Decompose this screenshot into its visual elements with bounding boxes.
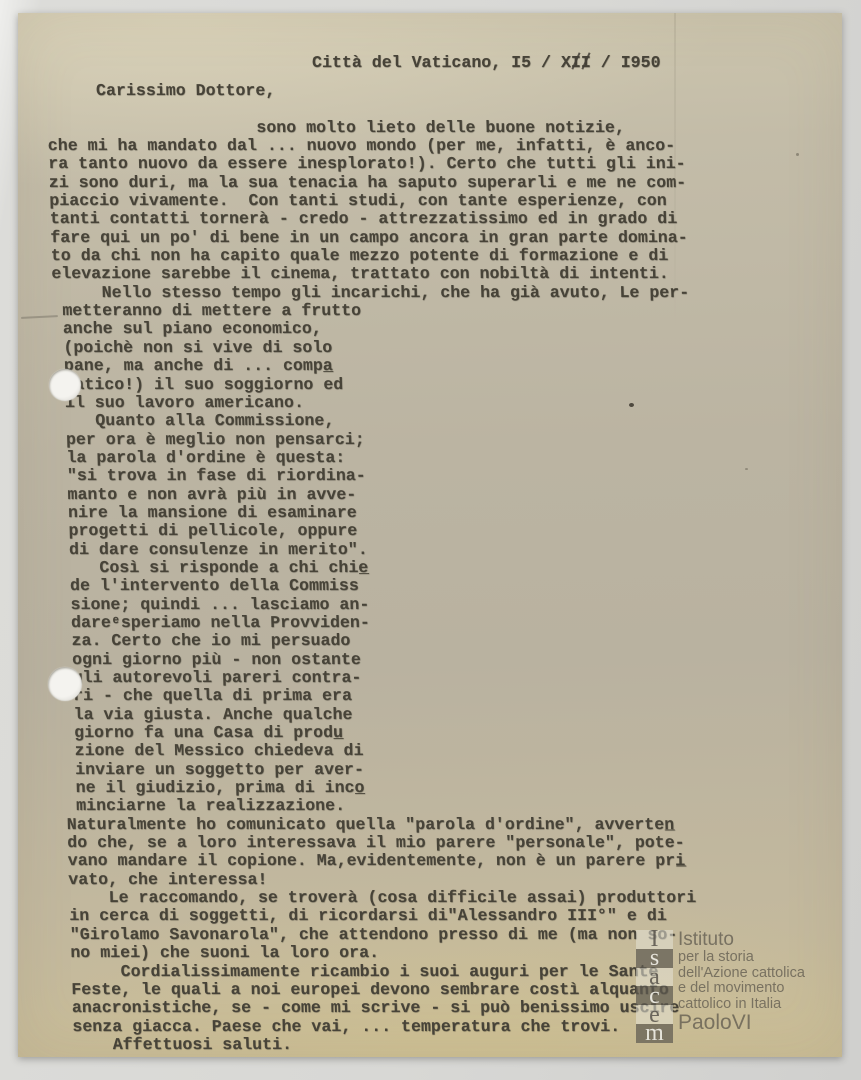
letter-line: anche sul piano economico, (53, 320, 754, 338)
letter-line: elevazione sarebbe il cinema, trattato c… (51, 265, 752, 283)
letter-line: vato, che interessa! (68, 871, 769, 889)
scanned-letter-page: { "letter": { "dateline": { "prefix": "C… (0, 0, 861, 1080)
paper-speck (796, 153, 799, 156)
letter-line: "si trova in fase di riordina- (57, 467, 758, 485)
letter-line: di dare consulenze in merito". (59, 541, 760, 559)
letter-line: manto e non avrà più in avve- (57, 486, 758, 504)
letter-line: natico!) il suo soggiorno ed (54, 376, 755, 394)
letter-line: ri - che quella di prima era (63, 687, 764, 705)
letter-line: Nello stesso tempo gli incarichi, che ha… (52, 284, 753, 302)
letter-body: Carissimo Dottore, sono molto lieto dell… (46, 82, 773, 1054)
letter-line: ogni giorno più - non ostante (62, 651, 763, 669)
isacem-text-line: Istituto (678, 930, 805, 950)
punch-hole-bottom (48, 667, 82, 701)
letter-line: progetti di pellicole, oppure (58, 522, 759, 540)
isacem-text-line: PaoloVI (678, 1012, 805, 1034)
dateline: Città del Vaticano, I5 / XII / I950 (312, 53, 661, 72)
letter-line: dareᵉsperiamo nella Provviden- (61, 614, 762, 632)
isacem-letter: m (636, 1024, 673, 1043)
letter-line: Carissimo Dottore, (46, 82, 747, 100)
letter-line: do che, se a loro interessava il mio par… (67, 834, 768, 852)
letter-line: metteranno di mettere a frutto (52, 302, 753, 320)
paper-speck (745, 468, 748, 470)
letter-line: piaccio vivamente. Con tanti studi, con … (49, 192, 750, 210)
letter-line (47, 100, 748, 118)
isacem-logo-text: Istitutoper la storiadell'Azione cattoli… (678, 930, 805, 1043)
letter-line: zi sono duri, ma la sua tenacia ha saput… (49, 174, 750, 192)
letter-line: sione; quindi ... lasciamo an- (60, 596, 761, 614)
letter-line: gli autorevoli pareri contra- (62, 669, 763, 687)
letter-line: zione del Messico chiedeva di (64, 742, 765, 760)
letter-line: la via giusta. Anche qualche (63, 706, 764, 724)
isacem-text-line: cattolico in Italia (678, 997, 805, 1013)
letter-line: za. Certo che io mi persuado (61, 632, 762, 650)
letter-line: giorno fa una Casa di produ̲ (64, 724, 765, 742)
letter-line: to da chi non ha capito quale mezzo pote… (51, 247, 752, 265)
letter-line: ra tanto nuovo da essere inesplorato!). … (48, 155, 749, 173)
letter-line: pane, ma anche di ... compa̲ (54, 357, 755, 375)
paper-speck (629, 403, 634, 407)
letter-line: Le raccomando, se troverà (cosa difficil… (69, 889, 770, 907)
letter-paper: Città del Vaticano, I5 / XII / I950 Cari… (18, 13, 842, 1057)
letter-line: che mi ha mandato dal ... nuovo mondo (p… (48, 137, 749, 155)
letter-line: inviare un soggetto per aver- (65, 761, 766, 779)
letter-line: in cerca di soggetti, di ricordarsi di"A… (69, 907, 770, 925)
dateline-prefix: Città del Vaticano, I5 / X (312, 53, 571, 72)
isacem-watermark: Isacem Istitutoper la storiadell'Azione … (636, 930, 805, 1043)
letter-line: (poichè non si vive di solo (53, 339, 754, 357)
letter-line: de l'intervento della Commiss (60, 577, 761, 595)
letter-line: per ora è meglio non pensarci; (56, 431, 757, 449)
letter-line: Quanto alla Commissione, (55, 412, 756, 430)
letter-line: sono molto lieto delle buone notizie, (47, 119, 748, 137)
letter-line: nire la mansione di esaminare (58, 504, 759, 522)
letter-line: la parola d'ordine è questa: (56, 449, 757, 467)
isacem-text-line: dell'Azione cattolica (678, 966, 805, 982)
dateline-struck-month: II (571, 53, 591, 72)
letter-line: il suo lavoro americano. (55, 394, 756, 412)
letter-line: Così si risponde a chi chie̲ (59, 559, 760, 577)
dateline-suffix: / I950 (591, 53, 661, 72)
letter-line: vano mandare il copione. Ma,evidentement… (68, 852, 769, 870)
isacem-text-line: per la storia (678, 950, 805, 966)
punch-hole-top (49, 369, 81, 401)
letter-line: tanti contatti tornerà - credo - attrezz… (50, 210, 751, 228)
isacem-logo-letters: Isacem (636, 930, 673, 1043)
letter-line: ne il giudizio, prima di inco̲ (65, 779, 766, 797)
paper-crease (674, 13, 676, 333)
letter-line: fare qui un po' di bene in un campo anco… (50, 229, 751, 247)
letter-line: Naturalmente ho comunicato quella "parol… (66, 816, 767, 834)
letter-line: minciarne la realizzazione. (66, 797, 767, 815)
isacem-text-line: e del movimento (678, 981, 805, 997)
